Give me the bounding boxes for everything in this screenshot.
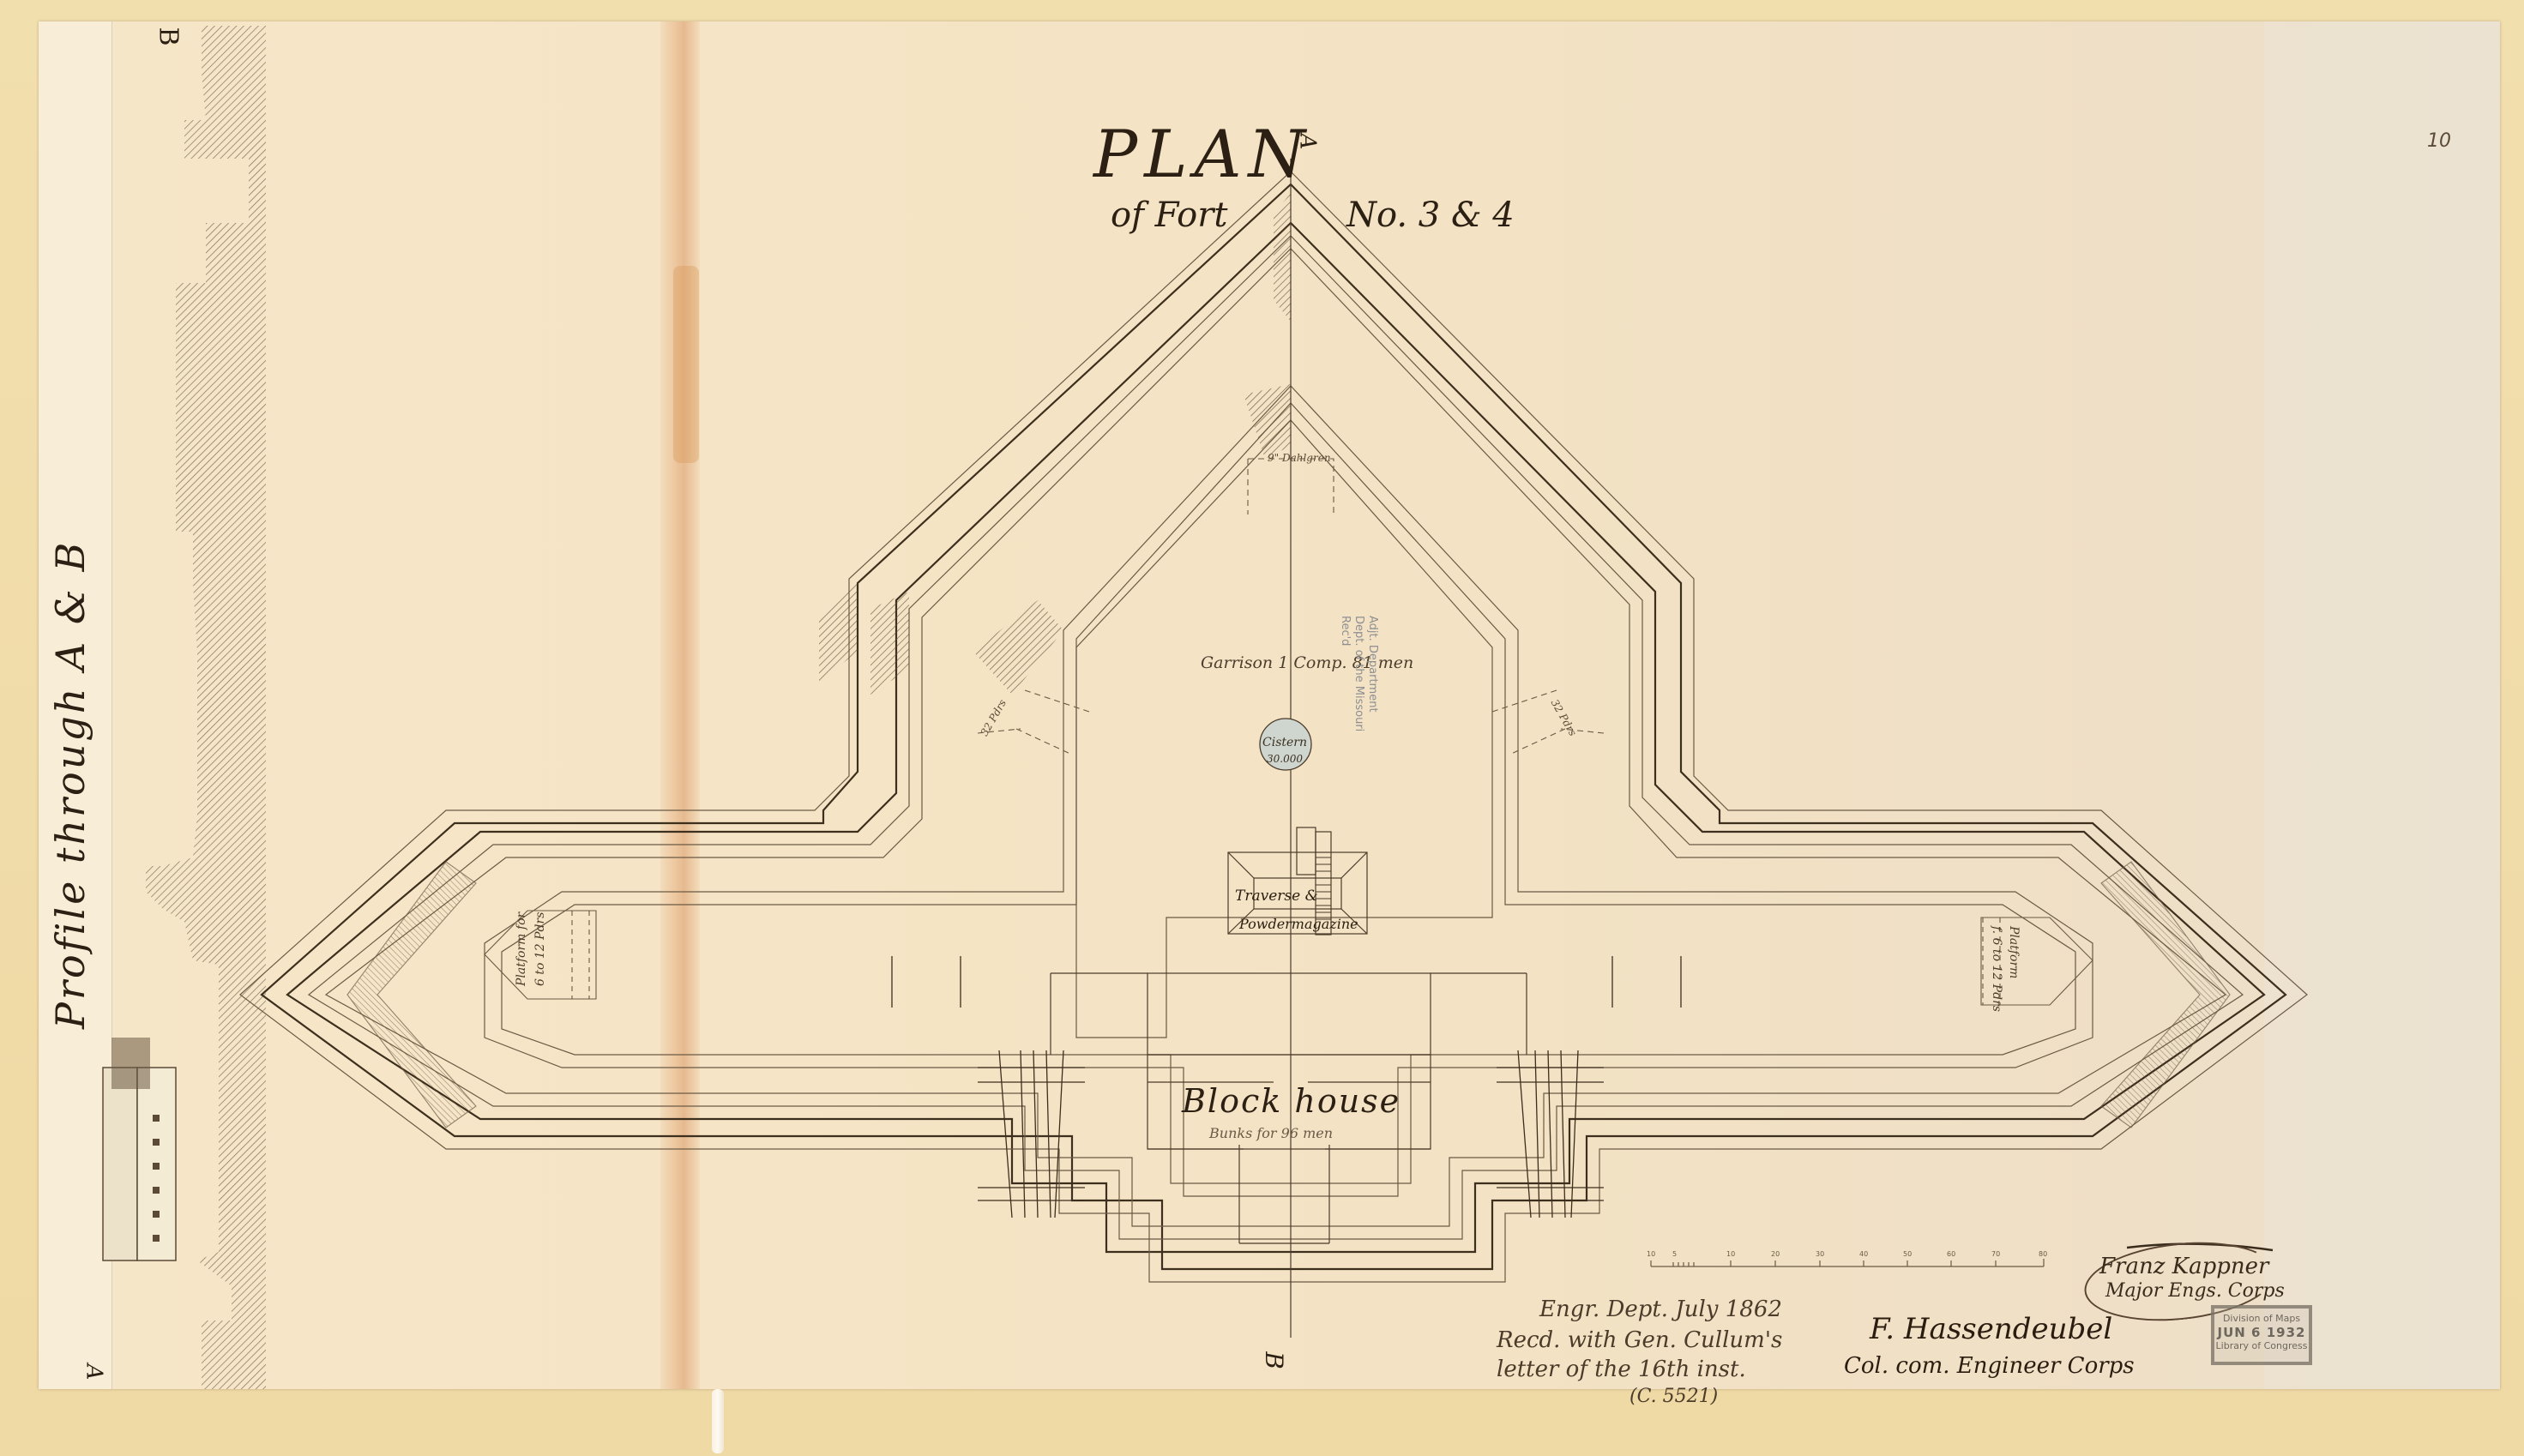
scale-tick: 10 <box>1726 1250 1735 1258</box>
scale-tick: 80 <box>2039 1250 2047 1258</box>
section-letter-a: A <box>1294 134 1320 150</box>
scale-tick: 50 <box>1903 1250 1912 1258</box>
plan-title: PLAN <box>1093 116 1312 192</box>
scale-tick: 40 <box>1859 1250 1868 1258</box>
platform-left-label-2: 6 to 12 Pdrs <box>533 912 547 986</box>
scale-tick: 60 <box>1947 1250 1955 1258</box>
blockhouse-label: Block house <box>1182 1082 1401 1120</box>
traverse-label: Traverse & <box>1235 887 1318 905</box>
signature-primary-name: F. Hassendeubel <box>1870 1312 2112 1346</box>
library-stamp-library: Library of Congress <box>2214 1339 2309 1353</box>
scale-tick: 30 <box>1816 1250 1824 1258</box>
endorsement-line-4: (C. 5521) <box>1629 1386 1718 1407</box>
scale-tick: 5 <box>1672 1250 1677 1258</box>
faded-side-stamp: Adjt. Department Dept. of the Missouri R… <box>1338 616 1379 731</box>
profile-letter-top: B <box>154 27 184 45</box>
fort-number: No. 3 & 4 <box>1346 196 1515 235</box>
library-stamp-division: Division of Maps <box>2214 1312 2309 1326</box>
signature-secondary-name: Franz Kappner <box>2099 1254 2268 1279</box>
signature-primary-title: Col. com. Engineer Corps <box>1844 1353 2135 1379</box>
powder-magazine-label: Powdermagazine <box>1239 916 1358 932</box>
signature-secondary-title: Major Engs. Corps <box>2105 1280 2285 1302</box>
library-stamp-date: JUN 6 1932 <box>2214 1326 2309 1339</box>
profile-letter-bottom: A <box>81 1364 106 1381</box>
garrison-label: Garrison 1 Comp. 81 men <box>1201 653 1413 672</box>
platform-left-label-1: Platform for <box>515 912 528 986</box>
page-number: 10 <box>2427 130 2451 152</box>
library-stamp: Division of Maps JUN 6 1932 Library of C… <box>2211 1305 2312 1365</box>
scale-tick: 70 <box>1991 1250 2000 1258</box>
scale-bar <box>1651 1259 2044 1266</box>
endorsement-line-2: Recd. with Gen. Cullum's <box>1497 1327 1782 1353</box>
plan-subtitle: of Fort <box>1111 196 1227 235</box>
hatched-faces <box>819 193 1291 695</box>
dahlgren-gun-label: 9" Dahlgren <box>1268 452 1331 464</box>
cistern-label: Cistern <box>1259 736 1310 749</box>
endorsement-line-1: Engr. Dept. July 1862 <box>1539 1297 1782 1322</box>
profile-section <box>103 26 266 1389</box>
platform-right-label-2: f. 6 to 12 Pdrs <box>1990 926 2003 1012</box>
blockhouse-bunks-label: Bunks for 96 men <box>1209 1125 1333 1141</box>
section-letter-b: B <box>1260 1351 1288 1369</box>
scale-tick: 20 <box>1771 1250 1780 1258</box>
profile-label: Profile through A & B <box>47 540 93 1029</box>
scale-tick: 10 <box>1647 1250 1655 1258</box>
platform-right-label-1: Platform <box>2007 926 2021 978</box>
fort-plan-drawing <box>0 0 2524 1456</box>
endorsement-line-3: letter of the 16th inst. <box>1497 1357 1746 1382</box>
cistern-capacity: 30.000 <box>1259 753 1310 765</box>
